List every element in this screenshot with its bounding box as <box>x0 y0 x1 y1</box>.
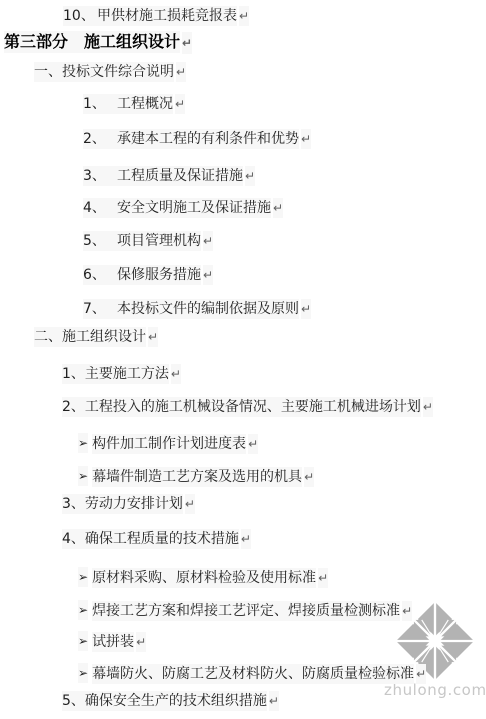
toc-line-text: 确保安全生产的技术组织措施 <box>85 691 267 711</box>
list-marker: 5、 <box>62 691 85 711</box>
toc-line: 6、保修服务措施↵ <box>83 265 213 285</box>
toc-line: 1、工程概况↵ <box>83 94 185 114</box>
paragraph-mark-icon: ↵ <box>136 632 146 652</box>
toc-line: 一、投标文件综合说明↵ <box>34 62 186 82</box>
list-marker: 2、 <box>83 129 117 149</box>
toc-line: 3、工程质量及保证措施↵ <box>83 166 255 186</box>
toc-line-text: 主要施工方法 <box>85 364 169 384</box>
paragraph-mark-icon: ↵ <box>176 62 186 82</box>
arrow-bullet-icon: ➢ <box>78 567 88 587</box>
paragraph-mark-icon: ↵ <box>148 327 158 347</box>
list-marker: 1、 <box>83 94 117 114</box>
toc-line: 第三部分 施工组织设计↵ <box>4 31 192 54</box>
paragraph-mark-icon: ↵ <box>423 397 433 417</box>
paragraph-mark-icon: ↵ <box>185 494 195 514</box>
paragraph-mark-icon: ↵ <box>203 231 213 251</box>
list-marker: 4、 <box>83 198 117 218</box>
list-marker: 10、 <box>63 6 97 26</box>
document-page: zhulong.com 10、甲供材施工损耗竞报表↵第三部分 施工组织设计↵一、… <box>0 0 486 719</box>
paragraph-mark-icon: ↵ <box>318 568 328 588</box>
arrow-bullet-icon: ➢ <box>78 600 88 620</box>
paragraph-mark-icon: ↵ <box>416 664 426 684</box>
arrow-bullet-icon: ➢ <box>78 663 88 683</box>
toc-line-text: 焊接工艺方案和焊接工艺评定、焊接质量检测标准 <box>92 601 400 621</box>
list-marker: 4、 <box>62 529 85 549</box>
paragraph-mark-icon: ↵ <box>248 434 258 454</box>
toc-line-text: 甲供材施工损耗竞报表 <box>97 6 237 26</box>
toc-line: 二、施工组织设计↵ <box>34 327 158 347</box>
toc-line: 2、承建本工程的有利条件和优势↵ <box>83 129 311 149</box>
toc-line: ➢试拼装↵ <box>78 632 146 652</box>
paragraph-mark-icon: ↵ <box>301 299 311 319</box>
paragraph-mark-icon: ↵ <box>269 691 279 711</box>
toc-line-text: 构件加工制作计划进度表 <box>92 434 246 454</box>
arrow-bullet-icon: ➢ <box>78 433 88 453</box>
list-marker: 6、 <box>83 265 117 285</box>
toc-line: ➢原材料采购、原材料检验及使用标准↵ <box>78 568 328 588</box>
paragraph-mark-icon: ↵ <box>239 6 249 26</box>
list-marker: 7、 <box>83 299 117 319</box>
paragraph-mark-icon: ↵ <box>175 94 185 114</box>
toc-line: 5、项目管理机构↵ <box>83 231 213 251</box>
toc-line: 4、确保工程质量的技术措施↵ <box>62 529 251 549</box>
paragraph-mark-icon: ↵ <box>402 601 412 621</box>
list-marker: 3、 <box>62 494 85 514</box>
list-marker: 2、 <box>62 397 85 417</box>
toc-line-text: 原材料采购、原材料检验及使用标准 <box>92 568 316 588</box>
toc-line: ➢幕墙件制造工艺方案及选用的机具↵ <box>78 467 314 487</box>
arrow-bullet-icon: ➢ <box>78 466 88 486</box>
toc-line: 7、本投标文件的编制依据及原则↵ <box>83 299 311 319</box>
toc-line-text: 保修服务措施 <box>117 265 201 285</box>
paragraph-mark-icon: ↵ <box>273 198 283 218</box>
toc-line-text: 施工组织设计 <box>62 327 146 347</box>
list-marker: 3、 <box>83 166 117 186</box>
toc-line-text: 劳动力安排计划 <box>85 494 183 514</box>
paragraph-mark-icon: ↵ <box>241 529 251 549</box>
paragraph-mark-icon: ↵ <box>301 129 311 149</box>
list-marker: 5、 <box>83 231 117 251</box>
toc-line-text: 第三部分 施工组织设计 <box>4 31 180 53</box>
toc-line-text: 安全文明施工及保证措施 <box>117 198 271 218</box>
arrow-bullet-icon: ➢ <box>78 631 88 651</box>
paragraph-mark-icon: ↵ <box>245 166 255 186</box>
toc-line-text: 项目管理机构 <box>117 231 201 251</box>
paragraph-mark-icon: ↵ <box>304 467 314 487</box>
list-marker: 1、 <box>62 364 85 384</box>
toc-line-text: 工程质量及保证措施 <box>117 166 243 186</box>
toc-line: 10、甲供材施工损耗竞报表↵ <box>63 6 249 26</box>
toc-line: 5、确保安全生产的技术组织措施↵ <box>62 691 279 711</box>
paragraph-mark-icon: ↵ <box>171 364 181 384</box>
toc-line-text: 确保工程质量的技术措施 <box>85 529 239 549</box>
toc-line: ➢焊接工艺方案和焊接工艺评定、焊接质量检测标准↵ <box>78 601 412 621</box>
toc-line: 1、主要施工方法↵ <box>62 364 181 384</box>
toc-line: 4、安全文明施工及保证措施↵ <box>83 198 283 218</box>
toc-line-text: 幕墙件制造工艺方案及选用的机具 <box>92 467 302 487</box>
toc-line-text: 试拼装 <box>92 632 134 652</box>
toc-line: ➢构件加工制作计划进度表↵ <box>78 434 258 454</box>
list-marker: 一、 <box>34 62 62 82</box>
toc-line-text: 承建本工程的有利条件和优势 <box>117 129 299 149</box>
toc-line: 3、劳动力安排计划↵ <box>62 494 195 514</box>
paragraph-mark-icon: ↵ <box>203 265 213 285</box>
paragraph-mark-icon: ↵ <box>182 32 192 54</box>
toc-line-text: 幕墙防火、防腐工艺及材料防火、防腐质量检验标准 <box>92 664 414 684</box>
toc-line-text: 工程投入的施工机械设备情况、主要施工机械进场计划 <box>85 397 421 417</box>
toc-line-text: 本投标文件的编制依据及原则 <box>117 299 299 319</box>
toc-line-text: 投标文件综合说明 <box>62 62 174 82</box>
toc-line: 2、工程投入的施工机械设备情况、主要施工机械进场计划↵ <box>62 397 433 417</box>
list-marker: 二、 <box>34 327 62 347</box>
toc-line: ➢幕墙防火、防腐工艺及材料防火、防腐质量检验标准↵ <box>78 664 426 684</box>
toc-line-text: 工程概况 <box>117 94 173 114</box>
